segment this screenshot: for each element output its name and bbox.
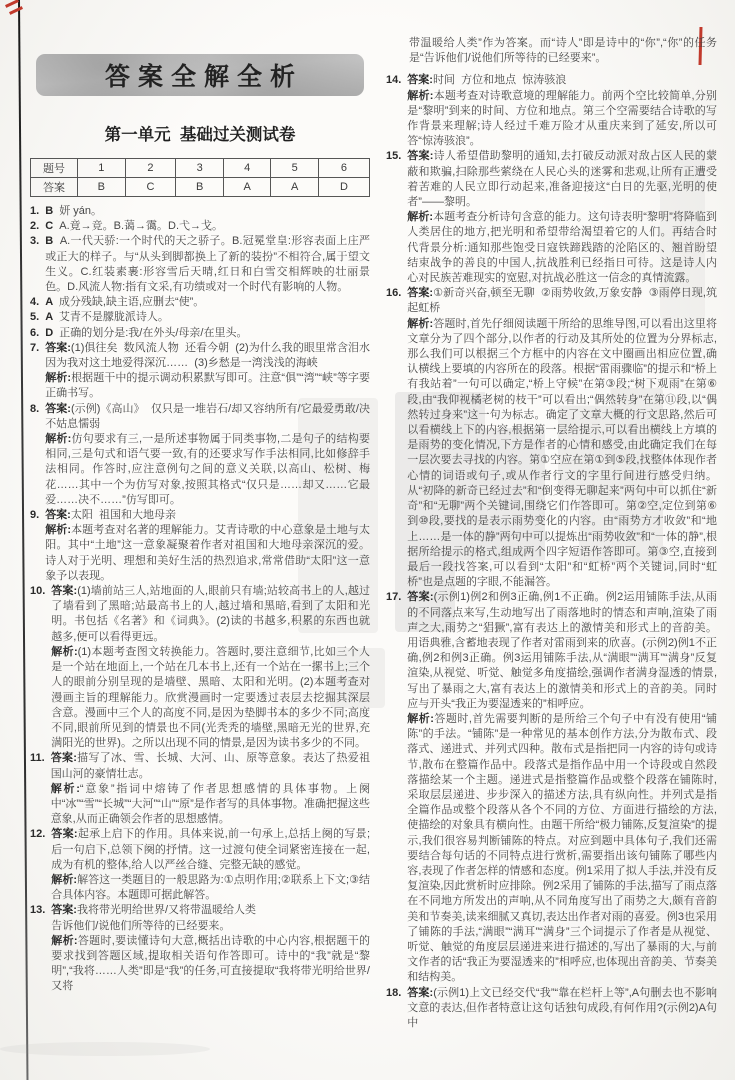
table-header-cell: 答案 (31, 178, 78, 197)
question-number-cell: 5 (271, 159, 319, 178)
block-text: 时间 方位和地点 惊涛骇浪 (433, 74, 566, 86)
block-text: 妍 yán。 (59, 205, 102, 217)
block-label: 解析: (407, 90, 433, 102)
block-text: 根据题干中的提示调动积累默写即可。注意“俱”“湾”“峡”等字要正确书写。 (45, 372, 370, 399)
block-label: A (45, 296, 59, 308)
block-text: 解答这一类题目的一般思路为:①点明作用;②联系上下文;③结合具体内容。本题即可据… (51, 874, 370, 901)
scan-smudge (0, 1042, 210, 1056)
block-text: 本题考查分析诗句含意的能力。这句诗表明“黎明”将降临到人类居住的地方,把光明和希… (407, 211, 717, 284)
block-text: (示例1)例2和例3正确,例1不正确。例2运用铺陈手法,从雨的不同落点来写,生动… (407, 591, 717, 709)
item-number: 15. (386, 149, 407, 286)
answer-block: 答案:(示例)《高山》 仅只是一堆岩石/却又容纳所有/它最爱勇敢/决不姑息懦弱 (45, 402, 370, 432)
answer-block: 解析:本题考查对名著的理解能力。艾青诗歌的中心意象是土地与太阳。其中“土地”这一… (45, 523, 370, 584)
item-number: 17. (386, 590, 407, 985)
block-text: (示例)《高山》 仅只是一堆岩石/却又容纳所有/它最爱勇敢/决不姑息懦弱 (45, 403, 370, 430)
block-label: 答案: (45, 403, 71, 415)
item-number: 7. (30, 341, 45, 402)
answer-block: C A.竟→竞。B.蔼→霭。D.弋→戈。 (45, 219, 370, 234)
block-text: 答题时,首先需要判断的是所给三个句子中有没有使用“铺陈”的手法。“铺陈”是一种常… (407, 713, 717, 983)
answer-letter-cell: A (271, 178, 319, 197)
block-label: 答案: (45, 342, 71, 354)
block-label: 答案: (407, 591, 433, 603)
answer-item: 6.D 正确的划分是:我/在外头/母亲/在里头。 (30, 326, 370, 341)
answer-item: 16.答案:①新奇兴奋,顿至无聊 ②雨势收敛,万象安静 ③雨停日现,筑起虹桥解析… (386, 286, 717, 590)
answer-item: 12.答案:起承上启下的作用。具体来说,前一句承上,总括上阕的写景;后一句启下,… (30, 827, 370, 903)
answer-block: 答案:①新奇兴奋,顿至无聊 ②雨势收敛,万象安静 ③雨停日现,筑起虹桥 (407, 286, 717, 316)
item-number: 16. (386, 286, 407, 590)
scanned-answer-page: 答案全解全析 第一单元 基础过关测试卷 题号 1 2 3 4 5 6 答案 B … (0, 0, 735, 1080)
table-header-cell: 题号 (31, 159, 78, 178)
block-label: 解析: (51, 646, 77, 658)
answer-block: D 正确的划分是:我/在外头/母亲/在里头。 (45, 326, 370, 341)
question-number-cell: 1 (78, 159, 126, 178)
block-label: C (45, 220, 59, 232)
block-text: 正确的划分是:我/在外头/母亲/在里头。 (59, 327, 247, 339)
block-text: 答题时,要读懂诗句大意,概括出诗歌的中心内容,根据题干的要求找到答题区域,提取相… (51, 935, 370, 993)
page-title: 答案全解全析 (97, 57, 303, 93)
page-title-banner: 答案全解全析 (36, 54, 364, 96)
block-label: B (45, 205, 59, 217)
block-text: ①新奇兴奋,顿至无聊 ②雨势收敛,万象安静 ③雨停日现,筑起虹桥 (407, 287, 717, 314)
answer-block: 答案:(示例1)上文已经交代“我”“靠在栏杆上等”,A句删去也不影响文意的表达,… (407, 986, 717, 1032)
block-label: 答案: (51, 828, 77, 840)
answer-letter-cell: C (125, 178, 176, 197)
block-text: (1)本题考查图文转换能力。答题时,要注意细节,比如三个人是一个站在地面上,一个… (51, 646, 370, 749)
answer-item: 2.C A.竟→竞。B.蔼→霭。D.弋→戈。 (30, 219, 370, 234)
block-text: A.一代天骄:一个时代的天之骄子。B.冠冕堂皇:形容表面上庄严或正大的样子。与“… (45, 235, 370, 293)
answer-letter-cell: B (78, 178, 126, 197)
block-label: 答案: (407, 287, 433, 299)
answer-block: 解析:根据题干中的提示调动积累默写即可。注意“俱”“湾”“峡”等字要正确书写。 (45, 371, 370, 401)
answer-item: 13.答案:我将带光明给世界/又将带温暖给人类 告诉他们/说他们所等待的已经要来… (30, 903, 370, 994)
item-number: 14. (386, 73, 407, 149)
block-label: 解析: (45, 372, 71, 384)
item-number: 8. (30, 402, 45, 508)
answer-block: 解析:答题时,首先需要判断的是所给三个句子中有没有使用“铺陈”的手法。“铺陈”是… (407, 712, 717, 986)
answer-item: 3.B A.一代天骄:一个时代的天之骄子。B.冠冕堂皇:形容表面上庄严或正大的样… (30, 234, 370, 295)
answer-item: 17.答案:(示例1)例2和例3正确,例1不正确。例2运用铺陈手法,从雨的不同落… (386, 590, 717, 985)
answer-block: 解析:本题考查分析诗句含意的能力。这句诗表明“黎明”将降临到人类居住的地方,把光… (407, 210, 717, 286)
block-label: 解析: (407, 318, 433, 330)
left-column: 答案全解全析 第一单元 基础过关测试卷 题号 1 2 3 4 5 6 答案 B … (30, 36, 370, 1031)
block-text: 太阳 祖国和大地母亲 (71, 509, 176, 521)
block-text: 本题考查对名著的理解能力。艾青诗歌的中心意象是土地与太阳。其中“土地”这一意象凝… (45, 524, 370, 582)
continuation-paragraph: 带温暖给人类”作为答案。而“诗人”即是诗中的“你”,“你”的任务是“告诉他们/说… (386, 36, 717, 66)
answer-letter-cell: A (223, 178, 271, 197)
block-label: 答案: (407, 74, 433, 86)
answer-block: A 成分残缺,缺主语,应删去“使”。 (45, 295, 370, 310)
block-label: D (45, 327, 59, 339)
block-text: (1)墙前站三人,站地面的人,眼前只有墙;站较高书上的人,越过了墙看到了黑暗;站… (51, 585, 370, 643)
answer-block: 答案:时间 方位和地点 惊涛骇浪 (407, 73, 717, 88)
answer-block: 答案:(1)墙前站三人,站地面的人,眼前只有墙;站较高书上的人,越过了墙看到了黑… (51, 584, 370, 645)
block-label: 解析: (407, 713, 434, 725)
answer-item: 7.答案:(1)俱往矣 数风流人物 还看今朝 (2)为什么我的眼里常含泪水 因为… (30, 341, 370, 402)
answer-block: B A.一代天骄:一个时代的天之骄子。B.冠冕堂皇:形容表面上庄严或正大的样子。… (45, 234, 370, 295)
question-number-cell: 4 (223, 159, 271, 178)
answer-item: 1.B 妍 yán。 (30, 204, 370, 219)
block-label: B (45, 235, 60, 247)
block-text: 仿句要求有三,一是所述事物属于同类事物,二是句子的结构要相同,三是句式和语气要一… (45, 433, 370, 506)
block-label: 解析: (51, 874, 77, 886)
answer-item: 11.答案:描写了冰、雪、长城、大河、山、原等意象。表达了热爱祖国山河的豪情壮志… (30, 751, 370, 827)
right-items: 14.答案:时间 方位和地点 惊涛骇浪解析:本题考查对诗歌意境的理解能力。前两个… (386, 73, 717, 1031)
answer-block: A 艾青不是朦胧派诗人。 (45, 310, 370, 325)
answer-block: 解析:(1)本题考查图文转换能力。答题时,要注意细节,比如三个人是一个站在地面上… (51, 645, 370, 751)
answer-block: 答案:我将带光明给世界/又将带温暖给人类 告诉他们/说他们所等待的已经要来。 (51, 903, 370, 933)
block-label: 解析: (51, 935, 77, 947)
block-text: 成分残缺,缺主语,应删去“使”。 (59, 296, 204, 308)
answer-item: 4.A 成分残缺,缺主语,应删去“使”。 (30, 295, 370, 310)
block-text: A.竟→竞。B.蔼→霭。D.弋→戈。 (59, 220, 223, 232)
block-text: 诗人希望借助黎明的通知,去打破反动派对敌占区人民的蒙蔽和欺骗,扫除那些萦绕在人民… (407, 150, 717, 208)
block-label: 答案: (51, 585, 77, 597)
table-row-numbers: 题号 1 2 3 4 5 6 (31, 159, 370, 178)
answer-item: 18.答案:(示例1)上文已经交代“我”“靠在栏杆上等”,A句删去也不影响文意的… (386, 986, 717, 1032)
answer-block: 答案:诗人希望借助黎明的通知,去打破反动派对敌占区人民的蒙蔽和欺骗,扫除那些萦绕… (407, 149, 717, 210)
page-content: 答案全解全析 第一单元 基础过关测试卷 题号 1 2 3 4 5 6 答案 B … (0, 0, 735, 1031)
block-text: 我将带光明给世界/又将带温暖给人类 告诉他们/说他们所等待的已经要来。 (51, 904, 256, 931)
question-number-cell: 6 (318, 159, 369, 178)
answer-block: 答案:太阳 祖国和大地母亲 (45, 508, 370, 523)
block-text: “意象”指词中熔铸了作者思想感情的具体事物。上阕中“冰”“雪”“长城”“大河”“… (51, 783, 370, 825)
item-number: 13. (30, 903, 51, 994)
answer-item: 15.答案:诗人希望借助黎明的通知,去打破反动派对敌占区人民的蒙蔽和欺骗,扫除那… (386, 149, 717, 286)
item-number: 1. (30, 204, 45, 219)
answer-block: 解析:“意象”指词中熔铸了作者思想感情的具体事物。上阕中“冰”“雪”“长城”“大… (51, 782, 370, 828)
item-number: 10. (30, 584, 51, 751)
block-label: 答案: (407, 987, 433, 999)
answer-block: 答案:起承上启下的作用。具体来说,前一句承上,总括上阕的写景;后一句启下,总领下… (51, 827, 370, 873)
block-label: A (45, 311, 59, 323)
answer-item: 10.答案:(1)墙前站三人,站地面的人,眼前只有墙;站较高书上的人,越过了墙看… (30, 584, 370, 751)
answer-item: 14.答案:时间 方位和地点 惊涛骇浪解析:本题考查对诗歌意境的理解能力。前两个… (386, 73, 717, 149)
answer-block: 答案:(示例1)例2和例3正确,例1不正确。例2运用铺陈手法,从雨的不同落点来写… (407, 590, 717, 712)
block-text: 艾青不是朦胧派诗人。 (59, 311, 169, 323)
answer-block: B 妍 yán。 (45, 204, 370, 219)
block-text: (1)俱往矣 数风流人物 还看今朝 (2)为什么我的眼里常含泪水 因为我对这土地… (45, 342, 376, 369)
item-number: 3. (30, 234, 45, 295)
block-text: 起承上启下的作用。具体来说,前一句承上,总括上阕的写景;后一句启下,总领下阕的抒… (51, 828, 370, 870)
block-label: 解析: (51, 783, 80, 795)
block-text: 描写了冰、雪、长城、大河、山、原等意象。表达了热爱祖国山河的豪情壮志。 (51, 752, 370, 779)
block-label: 解析: (45, 433, 71, 445)
block-label: 解析: (45, 524, 71, 536)
answer-block: 答案:描写了冰、雪、长城、大河、山、原等意象。表达了热爱祖国山河的豪情壮志。 (51, 751, 370, 781)
question-number-cell: 3 (176, 159, 224, 178)
item-number: 5. (30, 310, 45, 325)
block-label: 答案: (51, 752, 77, 764)
table-row-answers: 答案 B C B A A D (31, 178, 370, 197)
block-text: 本题考查对诗歌意境的理解能力。前两个空比较简单,分别是“黎明”到来的时间、方位和… (407, 90, 717, 148)
answer-item: 8.答案:(示例)《高山》 仅只是一堆岩石/却又容纳所有/它最爱勇敢/决不姑息懦… (30, 402, 370, 508)
block-text: 答题时,首先仔细阅读题干所给的思维导图,可以看出这里将文章分为了四个部分,以作者… (407, 318, 717, 588)
item-number: 12. (30, 827, 51, 903)
block-label: 解析: (407, 211, 433, 223)
block-label: 答案: (45, 509, 71, 521)
question-number-cell: 2 (125, 159, 176, 178)
answer-letter-cell: B (176, 178, 224, 197)
answer-block: 解析:本题考查对诗歌意境的理解能力。前两个空比较简单,分别是“黎明”到来的时间、… (407, 89, 717, 150)
answer-block: 解析:仿句要求有三,一是所述事物属于同类事物,二是句子的结构要相同,三是句式和语… (45, 432, 370, 508)
answer-letter-cell: D (318, 178, 369, 197)
answer-block: 答案:(1)俱往矣 数风流人物 还看今朝 (2)为什么我的眼里常含泪水 因为我对… (45, 341, 370, 371)
item-number: 11. (30, 751, 51, 827)
section-title: 第一单元 基础过关测试卷 (30, 121, 370, 145)
answer-item: 5.A 艾青不是朦胧派诗人。 (30, 310, 370, 325)
right-column: 带温暖给人类”作为答案。而“诗人”即是诗中的“你”,“你”的任务是“告诉他们/说… (386, 36, 717, 1031)
block-label: 答案: (407, 150, 433, 162)
block-label: 答案: (51, 904, 77, 916)
item-number: 9. (30, 508, 45, 584)
item-number: 6. (30, 326, 45, 341)
left-items: 1.B 妍 yán。2.C A.竟→竞。B.蔼→霭。D.弋→戈。3.B A.一代… (30, 204, 370, 995)
item-number: 2. (30, 219, 45, 234)
answer-item: 9.答案:太阳 祖国和大地母亲解析:本题考查对名著的理解能力。艾青诗歌的中心意象… (30, 508, 370, 584)
answer-block: 解析:答题时,首先仔细阅读题干所给的思维导图,可以看出这里将文章分为了四个部分,… (407, 317, 717, 591)
answer-block: 解析:解答这一类题目的一般思路为:①点明作用;②联系上下文;③结合具体内容。本题… (51, 873, 370, 903)
item-number: 4. (30, 295, 45, 310)
answer-block: 解析:答题时,要读懂诗句大意,概括出诗歌的中心内容,根据题干的要求找到答题区域,… (51, 934, 370, 995)
block-text: (示例1)上文已经交代“我”“靠在栏杆上等”,A句删去也不影响文意的表达,但作者… (407, 987, 717, 1029)
answer-table: 题号 1 2 3 4 5 6 答案 B C B A A D (30, 158, 370, 197)
item-number: 18. (386, 986, 407, 1032)
